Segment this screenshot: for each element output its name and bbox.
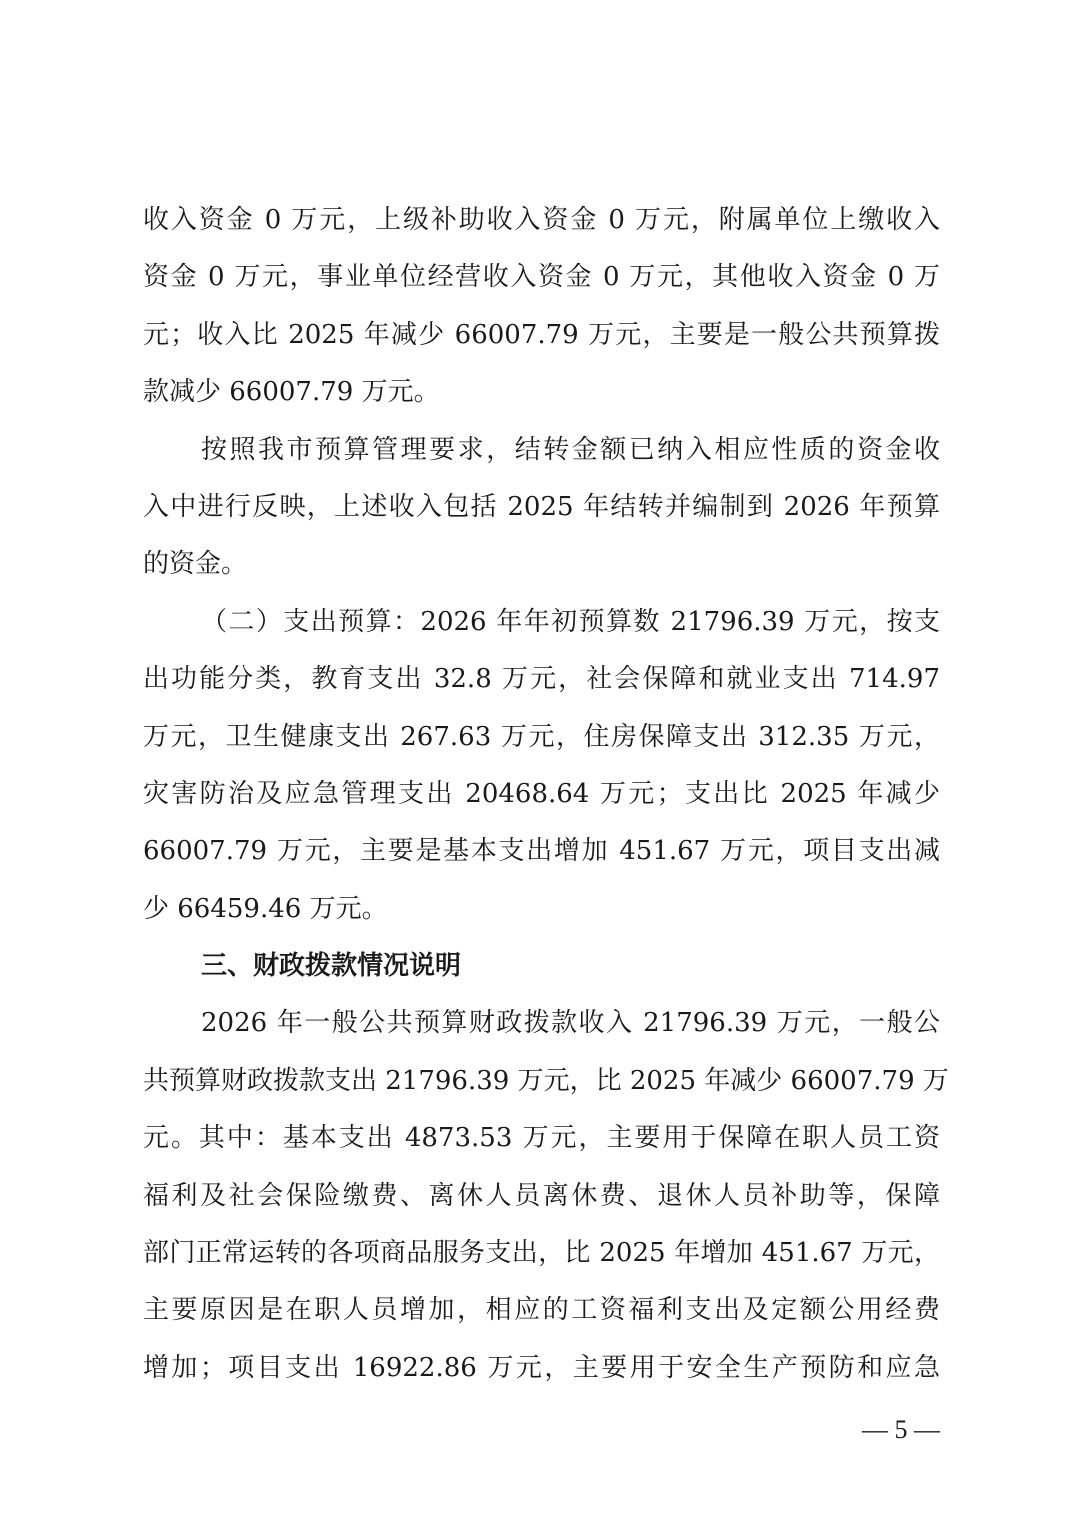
- text-line: 元。其中：基本支出 4873.53 万元，主要用于保障在职人员工资: [143, 1110, 940, 1167]
- text-line: 入中进行反映，上述收入包括 2025 年结转并编制到 2026 年预算: [143, 479, 940, 536]
- text-line: （二）支出预算：2026 年年初预算数 21796.39 万元，按支: [143, 594, 940, 651]
- paragraph-carryover-note: 按照我市预算管理要求，结转金额已纳入相应性质的资金收 入中进行反映，上述收入包括…: [143, 422, 940, 594]
- text-line: 按照我市预算管理要求，结转金额已纳入相应性质的资金收: [143, 422, 940, 479]
- text-line: 资金 0 万元，事业单位经营收入资金 0 万元，其他收入资金 0 万: [143, 249, 940, 306]
- document-page: 收入资金 0 万元，上级补助收入资金 0 万元，附属单位上缴收入 资金 0 万元…: [143, 192, 940, 1397]
- text-line: 收入资金 0 万元，上级补助收入资金 0 万元，附属单位上缴收入: [143, 192, 940, 249]
- text-line: 款减少 66007.79 万元。: [143, 364, 940, 421]
- text-line: 灾害防治及应急管理支出 20468.64 万元；支出比 2025 年减少: [143, 766, 940, 823]
- text-line: 元；收入比 2025 年减少 66007.79 万元，主要是一般公共预算拨: [143, 307, 940, 364]
- section-heading-three: 三、财政拨款情况说明: [143, 938, 940, 995]
- text-line: 万元，卫生健康支出 267.63 万元，住房保障支出 312.35 万元，: [143, 709, 940, 766]
- text-line: 福利及社会保险缴费、离休人员离休费、退休人员补助等，保障: [143, 1168, 940, 1225]
- section-title: 三、财政拨款情况说明: [143, 938, 940, 995]
- page-number: — 5 —: [862, 1410, 940, 1450]
- paragraph-expenditure-budget: （二）支出预算：2026 年年初预算数 21796.39 万元，按支 出功能分类…: [143, 594, 940, 938]
- paragraph-income-sources: 收入资金 0 万元，上级补助收入资金 0 万元，附属单位上缴收入 资金 0 万元…: [143, 192, 940, 422]
- text-line: 主要原因是在职人员增加，相应的工资福利支出及定额公用经费: [143, 1282, 940, 1339]
- paragraph-fiscal-appropriation: 2026 年一般公共预算财政拨款收入 21796.39 万元，一般公 共预算财政…: [143, 995, 940, 1397]
- text-line: 部门正常运转的各项商品服务支出，比 2025 年增加 451.67 万元，: [143, 1225, 940, 1282]
- text-line: 共预算财政拨款支出 21796.39 万元，比 2025 年减少 66007.7…: [143, 1053, 940, 1110]
- text-line: 少 66459.46 万元。: [143, 881, 940, 938]
- text-line: 增加；项目支出 16922.86 万元，主要用于安全生产预防和应急: [143, 1340, 940, 1397]
- text-line: 出功能分类，教育支出 32.8 万元，社会保障和就业支出 714.97: [143, 651, 940, 708]
- text-line: 66007.79 万元，主要是基本支出增加 451.67 万元，项目支出减: [143, 823, 940, 880]
- text-line: 2026 年一般公共预算财政拨款收入 21796.39 万元，一般公: [143, 995, 940, 1052]
- text-line: 的资金。: [143, 536, 940, 593]
